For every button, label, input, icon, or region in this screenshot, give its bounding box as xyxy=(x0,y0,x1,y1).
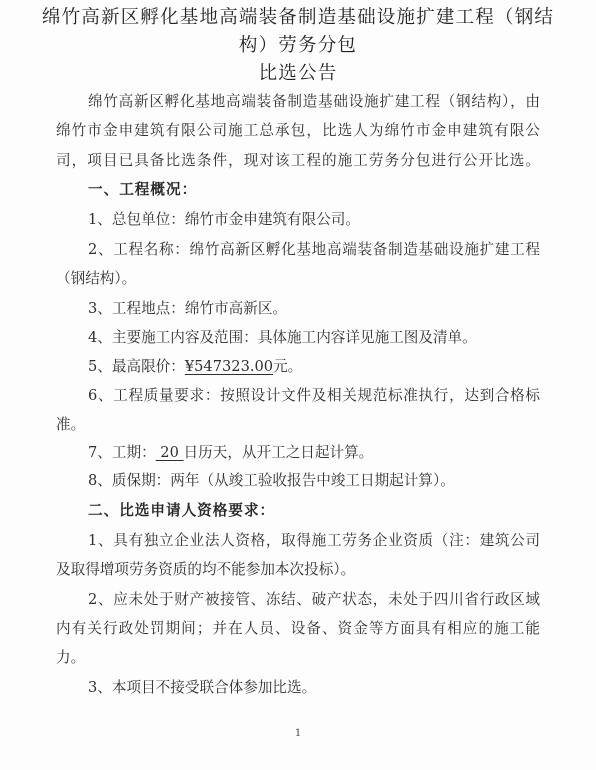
section-1-item-4: 4、主要施工内容及范围：具体施工内容详见施工图及清单。 xyxy=(88,328,540,348)
document-title-line-2: 构）劳务分包 xyxy=(0,35,596,57)
section-2-item-3: 3、本项目不接受联合体参加比选。 xyxy=(88,678,540,698)
section-1-item-6-line-2: 准。 xyxy=(56,415,540,435)
section-1-item-2-line-1: 2、工程名称：绵竹高新区孵化基地高端装备制造基础设施扩建工程 xyxy=(88,240,540,260)
page-number: 1 xyxy=(0,728,596,739)
section-1-item-2-line-2: （钢结构）。 xyxy=(56,269,540,289)
section-2-item-2-line-2: 内有关行政处罚期间；并在人员、设备、资金等方面具有相应的施工能 xyxy=(56,619,540,639)
section-2-item-1-line-1: 1、具有独立企业法人资格，取得施工劳务企业资质（注：建筑公司 xyxy=(88,531,540,551)
document-subtitle: 比选公告 xyxy=(0,63,596,85)
duration-value: 20 xyxy=(156,444,184,461)
section-1-item-7: 7、工期： 20 日历天，从开工之日起计算。 xyxy=(88,443,540,463)
section-1-heading: 一、工程概况： xyxy=(88,180,540,200)
max-price-value: ¥547323.00 xyxy=(185,358,273,375)
document-page: 绵竹高新区孵化基地高端装备制造基础设施扩建工程（钢结 构）劳务分包 比选公告 绵… xyxy=(0,0,596,770)
section-1-item-1: 1、总包单位：绵竹市金申建筑有限公司。 xyxy=(88,210,540,230)
section-1-item-6-line-1: 6、工程质量要求：按照设计文件及相关规范标准执行，达到合格标 xyxy=(88,386,540,406)
section-2-item-1-line-2: 及取得增项劳务资质的均不能参加本次投标）。 xyxy=(56,560,540,580)
section-1-item-5: 5、最高限价：¥547323.00元。 xyxy=(88,357,540,377)
intro-line-3: 司，项目已具备比选条件，现对该工程的施工劳务分包进行公开比选。 xyxy=(56,151,540,171)
section-1-item-8: 8、质保期：两年（从竣工验收报告中竣工日期起计算）。 xyxy=(88,471,540,491)
section-1-item-3: 3、工程地点：绵竹市高新区。 xyxy=(88,299,540,319)
section-2-item-2-line-3: 力。 xyxy=(56,648,540,668)
intro-line-1: 绵竹高新区孵化基地高端装备制造基础设施扩建工程（钢结构），由 xyxy=(88,92,540,112)
max-price-unit: 元。 xyxy=(273,358,302,375)
section-2-heading: 二、比选申请人资格要求： xyxy=(88,501,540,521)
duration-unit: 日历天，从开工之日起计算。 xyxy=(184,444,374,461)
document-title-line-1: 绵竹高新区孵化基地高端装备制造基础设施扩建工程（钢结 xyxy=(0,7,596,29)
intro-line-2: 绵竹市金申建筑有限公司施工总承包，比选人为绵竹市金申建筑有限公 xyxy=(56,121,540,141)
max-price-label: 5、最高限价： xyxy=(88,358,185,375)
section-2-item-2-line-1: 2、应未处于财产被接管、冻结、破产状态，未处于四川省行政区域 xyxy=(88,590,540,610)
duration-label: 7、工期： xyxy=(88,444,156,461)
